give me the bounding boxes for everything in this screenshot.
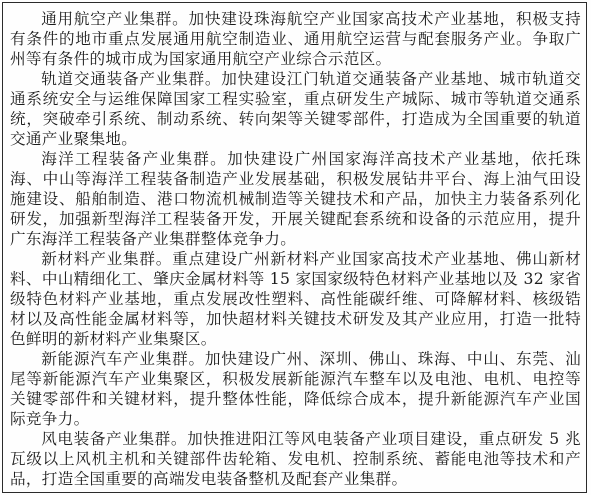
paragraph-new-energy-vehicles: 新能源汽车产业集群。加快建设广州、深圳、佛山、珠海、中山、东莞、汕尾等新能源汽车… (10, 349, 581, 429)
cluster-name: 新材料产业集群。 (41, 250, 172, 268)
cluster-name: 风电装备产业集群。 (41, 430, 187, 448)
paragraph-new-materials: 新材料产业集群。重点建设广州新材料产业国家高技术产业基地、佛山新材料、中山精细化… (10, 249, 581, 349)
paragraph-wind-power: 风电装备产业集群。加快推进阳江等风电装备产业项目建设，重点研发 5 兆瓦级以上风… (10, 429, 581, 489)
paragraph-marine-engineering: 海洋工程装备产业集群。加快建设广州国家海洋高技术产业基地，依托珠海、中山等海洋工… (10, 149, 581, 249)
cluster-name: 新能源汽车产业集群。 (41, 350, 205, 368)
cluster-name: 轨道交通装备产业集群。 (41, 70, 221, 88)
cluster-name: 通用航空产业集群。 (41, 10, 188, 28)
cluster-name: 海洋工程装备产业集群。 (41, 150, 227, 168)
paragraph-general-aviation: 通用航空产业集群。加快建设珠海航空产业国家高技术产业基地，积极支持有条件的地市重… (10, 9, 581, 69)
document-page: 通用航空产业集群。加快建设珠海航空产业国家高技术产业基地，积极支持有条件的地市重… (0, 0, 591, 495)
paragraph-rail-transit: 轨道交通装备产业集群。加快建设江门轨道交通装备产业基地、城市轨道交通系统安全与运… (10, 69, 581, 149)
document-body: 通用航空产业集群。加快建设珠海航空产业国家高技术产业基地，积极支持有条件的地市重… (0, 0, 591, 495)
